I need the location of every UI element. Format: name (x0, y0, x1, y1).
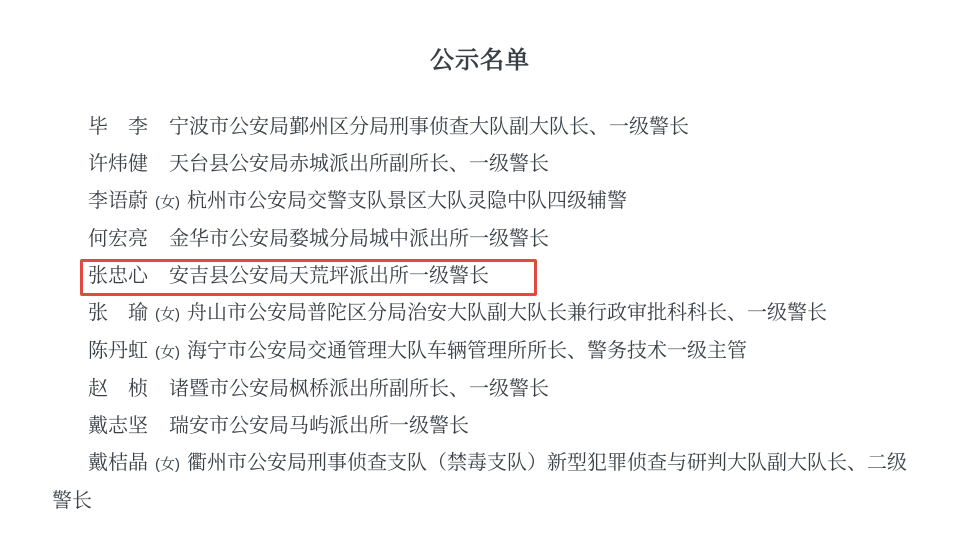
officer-position: 诸暨市公安局枫桥派出所副所长、一级警长 (169, 378, 549, 400)
list-item-highlighted: 张忠心安吉县公安局天荒坪派出所一级警长 (52, 258, 922, 295)
officer-name: 张忠心 (88, 265, 148, 287)
officer-name: 戴志坚 (88, 415, 148, 437)
officer-position: 杭州市公安局交警支队景区大队灵隐中队四级辅警 (187, 190, 627, 212)
officer-position: 瑞安市公安局马屿派出所一级警长 (169, 415, 469, 437)
list-item: 张 瑜(女)舟山市公安局普陀区分局治安大队副大队长兼行政审批科科长、一级警长 (52, 295, 922, 333)
officer-position: 金华市公安局婺城分局城中派出所一级警长 (169, 228, 549, 250)
list-item: 毕 李宁波市公安局鄞州区分局刑事侦查大队副大队长、一级警长 (52, 109, 922, 146)
officer-name: 许炜健 (88, 153, 148, 175)
list-item: 何宏亮金华市公安局婺城分局城中派出所一级警长 (52, 221, 922, 258)
list-item: 许炜健天台县公安局赤城派出所副所长、一级警长 (52, 146, 922, 183)
list-item: 李语蔚(女)杭州市公安局交警支队景区大队灵隐中队四级辅警 (52, 183, 922, 221)
gender-note: (女) (155, 194, 180, 211)
gender-note: (女) (155, 344, 180, 361)
announcement-document: 公示名单 毕 李宁波市公安局鄞州区分局刑事侦查大队副大队长、一级警长许炜健天台县… (0, 0, 960, 546)
officer-position: 舟山市公安局普陀区分局治安大队副大队长兼行政审批科科长、一级警长 (187, 302, 827, 324)
officer-position: 安吉县公安局天荒坪派出所一级警长 (169, 265, 489, 287)
list-item: 陈丹虹(女)海宁市公安局交通管理大队车辆管理所所长、警务技术一级主管 (52, 333, 922, 371)
officer-name: 何宏亮 (88, 228, 148, 250)
officer-name: 张 瑜 (88, 302, 148, 324)
officer-position: 宁波市公安局鄞州区分局刑事侦查大队副大队长、一级警长 (169, 116, 689, 138)
list-item: 戴桔晶(女)衢州市公安局刑事侦查支队（禁毒支队）新型犯罪侦查与研判大队副大队长、… (52, 445, 922, 520)
page-title: 公示名单 (0, 40, 960, 75)
list-item: 戴志坚瑞安市公安局马屿派出所一级警长 (52, 408, 922, 445)
officer-name: 赵 桢 (88, 378, 148, 400)
officer-name: 陈丹虹 (88, 340, 148, 362)
list-item: 赵 桢诸暨市公安局枫桥派出所副所长、一级警长 (52, 371, 922, 408)
officer-name: 李语蔚 (88, 190, 148, 212)
officer-name: 戴桔晶 (88, 452, 148, 474)
gender-note: (女) (155, 456, 180, 473)
officer-list: 毕 李宁波市公安局鄞州区分局刑事侦查大队副大队长、一级警长许炜健天台县公安局赤城… (52, 109, 922, 520)
gender-note: (女) (155, 306, 180, 323)
officer-position: 衢州市公安局刑事侦查支队（禁毒支队）新型犯罪侦查与研判大队副大队长、二级警长 (52, 452, 907, 512)
officer-position: 海宁市公安局交通管理大队车辆管理所所长、警务技术一级主管 (187, 340, 747, 362)
officer-position: 天台县公安局赤城派出所副所长、一级警长 (169, 153, 549, 175)
officer-name: 毕 李 (88, 116, 148, 138)
